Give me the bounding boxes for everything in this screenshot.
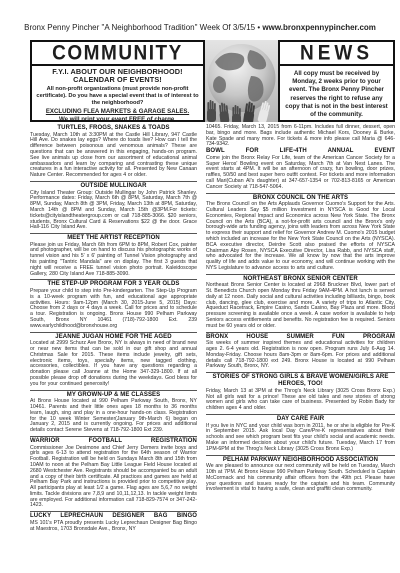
- fyi-free-line: We will print your event FREE of charge.: [35, 116, 200, 122]
- news-section-northeast-senior-center: NORTHEAST BRONX SENIOR CENTER Northeast …: [206, 274, 395, 330]
- right-column: 10465. Friday, March 13, 2015 from 6-11p…: [206, 125, 395, 532]
- news-section-lucky-leprechaun: LUCKY LEPRECHAUN DESIGNER BAG BINGO MS 1…: [30, 511, 197, 532]
- copy-policy-box: All copy must be received by Monday, 2 w…: [278, 64, 395, 122]
- section-body: Please join us Friday, March 6th from 6P…: [30, 243, 197, 278]
- section-heading: WARRIOR FOOTBALL REGISTRATION: [30, 438, 197, 445]
- news-section-summer-fun: BRONX HOUSE SUMMER FUN PROGRAM Six weeks…: [206, 332, 395, 371]
- masthead-text: Bronx Penny Pincher "A Neighborhood Trad…: [24, 23, 255, 32]
- copy-policy-text: All copy must be received by Monday, 2 w…: [283, 70, 390, 119]
- section-body: At Bronx House located at 990 Pelham Par…: [30, 399, 197, 434]
- article-columns: TURTLES, FROGS, SNAKES & TOADS Tuesday, …: [30, 125, 395, 532]
- section-body: Tuesday, March 10th at 3:30PM at the Cas…: [30, 133, 197, 179]
- section-body: Northeast Bronx Senior Center is located…: [206, 283, 395, 329]
- masthead-separator: •: [257, 23, 260, 32]
- section-heading: STORIES OF STRONG GIRLS & BRAVE WOMEN/GI…: [206, 374, 395, 388]
- news-section-my-grown-up: MY GROWN-UP & ME CLASSES At Bronx House …: [30, 390, 197, 434]
- section-body: Friday, March 13 at 3PM at the Throg's N…: [206, 389, 395, 412]
- news-section-bowl-for-life: BOWL FOR LIFE-4TH ANNUAL EVENT Come join…: [206, 148, 395, 190]
- news-section-turtles: TURTLES, FROGS, SNAKES & TOADS Tuesday, …: [30, 125, 197, 179]
- section-body: Located at 2999 Schurz Ave Bronx, NY is …: [30, 341, 197, 387]
- section-body: Come join the Bronx Relay For Life, team…: [206, 156, 395, 191]
- left-column: TURTLES, FROGS, SNAKES & TOADS Tuesday, …: [30, 125, 197, 532]
- section-body: Commissioner Joe Desimone and Chief Jerr…: [30, 446, 197, 510]
- news-section-jeanne-jugan: JEANNE JUGAN HOME FOR THE AGED Located a…: [30, 332, 197, 388]
- masthead: Bronx Penny Pincher "A Neighborhood Trad…: [0, 23, 400, 32]
- news-section-day-care-fair: DAY CARE FAIR If you live in NYC and you…: [206, 414, 395, 453]
- continuation-paragraph: 10465. Friday, March 13, 2015 from 6-11p…: [206, 125, 395, 148]
- section-heading: OUTSIDE MULLINGAR: [30, 183, 197, 190]
- section-body: Prepare your child to step into Pre-kind…: [30, 289, 197, 330]
- community-title: COMMUNITY: [30, 40, 205, 66]
- news-section-warrior-football: WARRIOR FOOTBALL REGISTRATION Commission…: [30, 436, 197, 509]
- news-section-meet-the-artist: MEET THE ARTIST RECEPTION Please join us…: [30, 233, 197, 277]
- section-body: We are pleased to announce our next comm…: [206, 464, 395, 493]
- fyi-exclusion-line: EXCLUDING FLEA MARKETS & GARAGE SALES.: [35, 108, 200, 115]
- section-body: Six weeks of summer inspired themes and …: [206, 341, 395, 370]
- community-stack: COMMUNITY F.Y.I. ABOUT OUR NEIGHBORHOOD!…: [30, 40, 205, 122]
- news-section-pelham-parkway-assoc: PELHAM PARKWAY NEIGHBORHOOD ASSOCIATION …: [206, 455, 395, 494]
- news-stack: NEWS All copy must be received by Monday…: [278, 40, 395, 122]
- newspaper-page: Bronx Penny Pincher "A Neighborhood Trad…: [0, 0, 400, 573]
- fyi-heading-line2: CALENDAR OF EVENTS!: [35, 76, 200, 84]
- section-body: MS 101's PTA proudly presents Lucky Lepr…: [30, 521, 197, 533]
- news-section-strong-girls: STORIES OF STRONG GIRLS & BRAVE WOMEN/GI…: [206, 372, 395, 412]
- section-body: City Island Theater Group: Outside Mulli…: [30, 191, 197, 232]
- fyi-box: F.Y.I. ABOUT OUR NEIGHBORHOOD! CALENDAR …: [30, 64, 205, 122]
- news-title: NEWS: [278, 40, 395, 66]
- header-band: COMMUNITY F.Y.I. ABOUT OUR NEIGHBORHOOD!…: [30, 40, 395, 122]
- masthead-website: www.bronxpennypincher.com: [262, 23, 376, 32]
- fyi-body-text: All non-profit organizations (must provi…: [35, 86, 200, 107]
- section-body: The Bronx Council on the Arts Applauds G…: [206, 202, 395, 272]
- globe-image: [205, 40, 278, 122]
- news-section-step-up-program: THE STEP-UP PROGRAM FOR 3 YEAR OLDS Prep…: [30, 279, 197, 329]
- news-section-outside-mullingar: OUTSIDE MULLINGAR City Island Theater Gr…: [30, 181, 197, 231]
- section-body: If you live in NYC and your child was bo…: [206, 424, 395, 453]
- news-section-bronx-council-arts: BRONX COUNCIL ON THE ARTS The Bronx Coun…: [206, 193, 395, 272]
